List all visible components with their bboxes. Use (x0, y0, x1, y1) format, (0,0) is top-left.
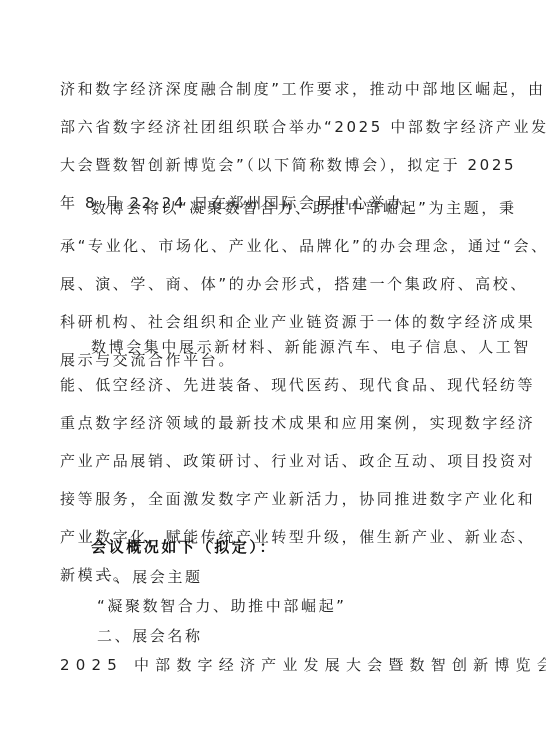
paragraph-line: 科研机构、社会组织和企业产业链资源于一体的数字经济成果 (60, 312, 484, 332)
paragraph-line: 数博会集中展示新材料、新能源汽车、电子信息、人工智 (91, 337, 515, 357)
document-page: 济和数字经济深度融合制度”工作要求，推动中部地区崛起，由中 部六省数字经济社团组… (0, 0, 546, 731)
expo-name-text: 2025 中部数字经济产业发展大会暨数智创新博览会 (60, 655, 484, 675)
paragraph-line: 重点数字经济领域的最新技术成果和应用案例，实现数字经济 (60, 413, 484, 433)
theme-text: “凝聚数智合力、助推中部崛起” (97, 596, 521, 616)
paragraph-line: 部六省数字经济社团组织联合举办“2025 中部数字经济产业发展 (60, 117, 484, 137)
paragraph-line: 能、低空经济、先进装备、现代医药、现代食品、现代轻纺等 (60, 375, 484, 395)
paragraph-line: 展、演、学、商、体”的办会形式，搭建一个集政府、高校、 (60, 274, 484, 294)
paragraph-line: 承“专业化、市场化、产业化、品牌化”的办会理念，通过“会、 (60, 236, 484, 256)
paragraph-line: 产业产品展销、政策研讨、行业对话、政企互动、项目投资对 (60, 451, 484, 471)
subsection-heading: 二、展会名称 (97, 626, 521, 646)
section-heading: 会议概况如下（拟定）： (91, 537, 515, 557)
paragraph-line: 数博会将以“凝聚数智合力、助推中部崛起”为主题，秉 (91, 198, 515, 218)
paragraph-line: 济和数字经济深度融合制度”工作要求，推动中部地区崛起，由中 (60, 79, 484, 99)
paragraph-line: 接等服务，全面激发数字产业新活力，协同推进数字产业化和 (60, 489, 484, 509)
subsection-heading: 一、展会主题 (97, 567, 521, 587)
paragraph-line: 大会暨数智创新博览会”（以下简称数博会），拟定于 2025 (60, 155, 484, 175)
